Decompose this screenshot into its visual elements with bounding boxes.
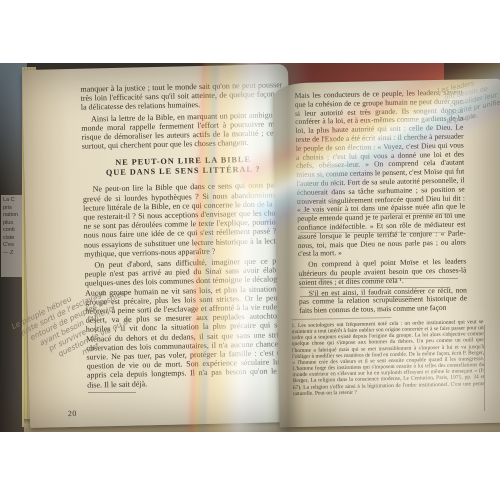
- right-page-text: Mais les conducteurs de ce peuple, les l…: [295, 88, 468, 319]
- paragraph: On comprend à quel point Moïse et les le…: [298, 258, 467, 288]
- paragraph: S'il en est ainsi, il faudrait considére…: [299, 286, 468, 316]
- left-page: manquer à la justice ; tout le monde sai…: [22, 64, 296, 428]
- paragraph: Ainsi la lettre de la Bible, en marquant…: [81, 110, 284, 151]
- paragraph-continuation: manquer à la justice ; tout le monde sai…: [80, 80, 283, 112]
- page-number: 20: [68, 409, 77, 418]
- screenshot-canvas: La C pris nation plus conti ciste C'es —…: [0, 0, 500, 500]
- pencil-underline: [300, 287, 450, 288]
- pencil-underline: [300, 278, 458, 279]
- pencil-underline: [300, 213, 452, 214]
- section-heading: NE PEUT-ON LIRE LA BIBLE QUE DANS LE SEN…: [82, 155, 284, 180]
- pencil-footnote-mark: [484, 325, 485, 411]
- paragraph-continuation: Mais les conducteurs de ce peuple, les l…: [295, 88, 466, 259]
- open-book-photo: La C pris nation plus conti ciste C'es —…: [0, 63, 500, 432]
- paragraph: Ne peut-on lire la Bible que dans ce sen…: [83, 181, 287, 259]
- pencil-underline: [88, 392, 136, 393]
- right-page: Mais les conducteurs de ce peuple, les l…: [272, 79, 500, 428]
- pencil-underline: [300, 232, 446, 233]
- left-page-text: manquer à la justice ; tout le monde sai…: [80, 80, 289, 414]
- pencil-underline: [300, 296, 412, 297]
- footnote-text: 1. Les sociologues ont fréquemment noté …: [291, 319, 485, 423]
